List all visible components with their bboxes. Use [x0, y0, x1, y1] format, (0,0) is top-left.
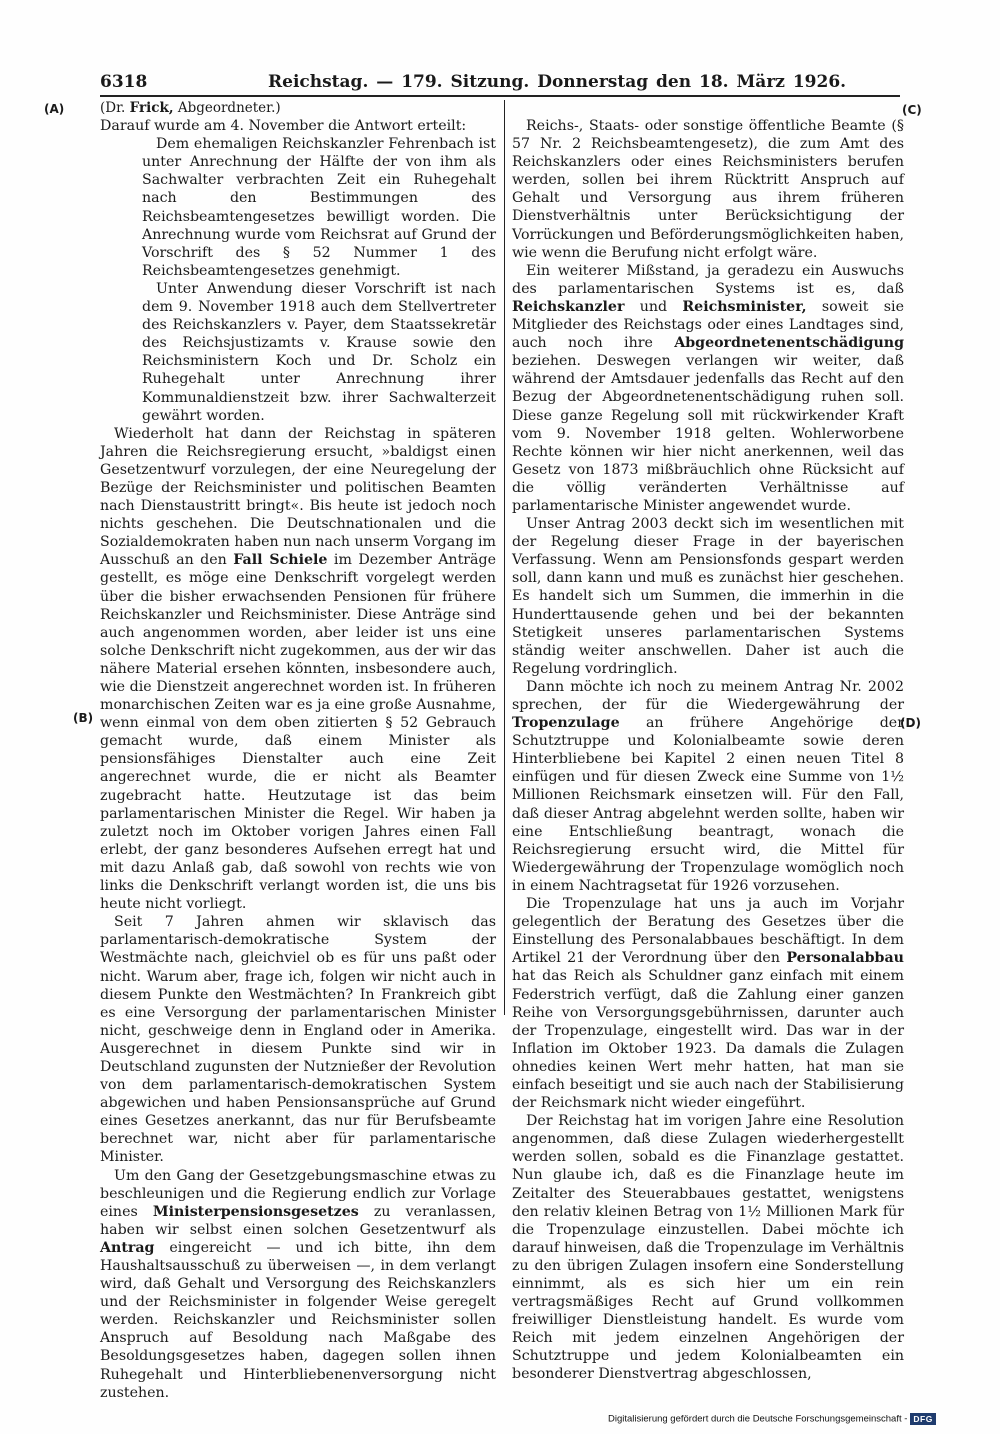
emphasis-fall-schiele: Fall Schiele — [233, 552, 327, 568]
emphasis-antrag: Antrag — [100, 1240, 154, 1256]
document-page: 6318 Reichstag. — 179. Sitzung. Donnerst… — [0, 0, 1000, 1434]
header-rule — [100, 95, 900, 97]
emphasis-reichskanzler: Reichskanzler — [512, 299, 624, 315]
body-paragraph: Ein weiterer Mißstand, ja geradezu ein A… — [512, 262, 904, 515]
body-paragraph: Die Tropenzulage hat uns ja auch im Vorj… — [512, 895, 904, 1112]
margin-marker-b: (B) — [73, 711, 93, 725]
running-title: Reichstag. — 179. Sitzung. Donnerstag de… — [268, 72, 846, 92]
text-run: eingereicht — und ich bitte, ihn dem Hau… — [100, 1240, 496, 1401]
speaker-name: Frick, — [130, 100, 174, 116]
margin-marker-a: (A) — [44, 102, 64, 116]
text-run: Ein weiterer Mißstand, ja geradezu ein A… — [512, 263, 904, 297]
text-run: Dann möchte ich noch zu meinem Antrag Nr… — [512, 679, 904, 713]
left-column: (Dr. Frick, Abgeordneter.) Darauf wurde … — [100, 99, 496, 1402]
body-paragraph: Um den Gang der Gesetzgebungsmaschine et… — [100, 1167, 496, 1402]
column-divider — [504, 100, 505, 1015]
body-paragraph: Unser Antrag 2003 deckt sich im wesentli… — [512, 515, 904, 678]
emphasis-tropenzulage: Tropenzulage — [512, 715, 620, 731]
page-header: 6318 Reichstag. — 179. Sitzung. Donnerst… — [100, 72, 910, 96]
text-run: hat das Reich als Schuldner ganz einfach… — [512, 968, 904, 1111]
text-run: und — [624, 299, 682, 315]
intro-line: Darauf wurde am 4. November die Antwort … — [100, 117, 496, 135]
speaker-line: (Dr. Frick, Abgeordneter.) — [100, 99, 496, 117]
speaker-role: Abgeordneter.) — [174, 100, 281, 116]
quoted-answer-paragraph-1: Dem ehemaligen Reichskanzler Fehrenbach … — [142, 135, 496, 280]
text-run: im Dezember Anträge gestellt, es möge ei… — [100, 552, 496, 912]
dfg-logo-icon: DFG — [910, 1413, 935, 1425]
credit-text: Digitalisierung gefördert durch die Deut… — [608, 1414, 907, 1425]
margin-marker-c: (C) — [902, 103, 922, 117]
page-number: 6318 — [100, 72, 147, 92]
emphasis-abgeordnetenentschaedigung: Abgeordnetenentschädigung — [674, 335, 904, 351]
emphasis-ministerpensionsgesetz: Ministerpensionsgesetzes — [153, 1204, 359, 1220]
text-run: beziehen. Deswegen verlangen wir weiter,… — [512, 353, 904, 514]
body-paragraph: Der Reichstag hat im vorigen Jahre eine … — [512, 1112, 904, 1383]
emphasis-reichsminister: Reichsminister, — [682, 299, 806, 315]
text-run: Wiederholt hat dann der Reichstag in spä… — [100, 426, 496, 569]
speaker-prefix: (Dr. — [100, 100, 130, 116]
digitization-credit: Digitalisierung gefördert durch die Deut… — [608, 1413, 936, 1425]
right-column: Reichs-, Staats- oder sonstige öffentlic… — [512, 117, 904, 1384]
text-run: an frühere Angehörige der Schutztruppe u… — [512, 715, 904, 894]
quoted-answer-paragraph-2: Unter Anwendung dieser Vorschrift ist na… — [142, 280, 496, 425]
body-paragraph: Seit 7 Jahren ahmen wir sklavisch das pa… — [100, 913, 496, 1166]
body-paragraph: Reichs-, Staats- oder sonstige öffentlic… — [512, 117, 904, 262]
body-paragraph: Dann möchte ich noch zu meinem Antrag Nr… — [512, 678, 904, 895]
body-paragraph: Wiederholt hat dann der Reichstag in spä… — [100, 425, 496, 914]
emphasis-personalabbau: Personalabbau — [786, 950, 904, 966]
